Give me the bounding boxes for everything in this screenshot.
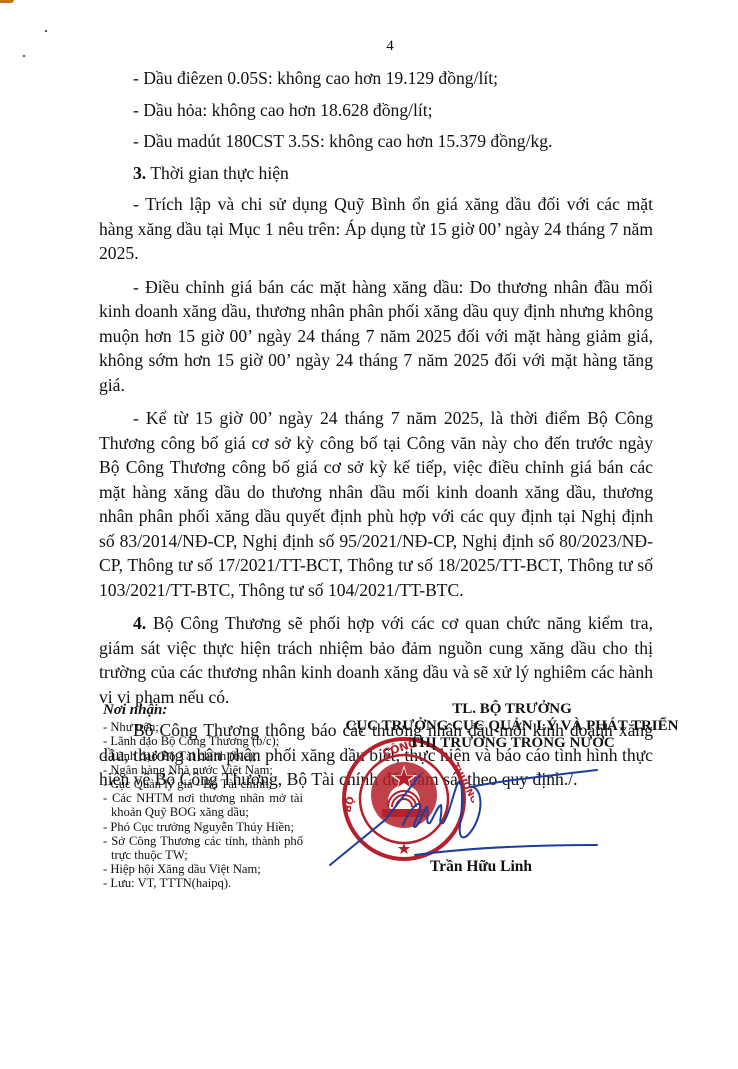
recipient-item: - Ngân hàng Nhà nước Việt Nam; (103, 763, 303, 777)
section-4-paragraph: 4. Bộ Công Thương sẽ phối hợp với các cơ… (99, 611, 653, 709)
scan-speck (23, 55, 25, 57)
recipient-item: - Lãnh đạo Bộ Công Thương (b/c); (103, 734, 303, 748)
section-number: 3. (133, 163, 146, 183)
recipients-list: Nơi nhận: - Như trên; - Lãnh đạo Bộ Công… (103, 703, 303, 891)
price-item: - Dầu hỏa: không cao hơn 18.628 đồng/lít… (133, 98, 653, 123)
paragraph: - Trích lập và chi sử dụng Quỹ Bình ổn g… (99, 192, 653, 266)
paragraph: - Điều chỉnh giá bán các mặt hàng xăng d… (99, 275, 653, 398)
section-number: 4. (133, 613, 146, 633)
scan-speck (45, 30, 47, 32)
section-title: Thời gian thực hiện (146, 163, 289, 183)
handwritten-signature-icon (325, 765, 610, 870)
signature-title-line: CỤC TRƯỞNG CỤC QUẢN LÝ VÀ PHÁT TRIỂN (312, 718, 712, 735)
price-item: - Dầu madút 180CST 3.5S: không cao hơn 1… (133, 129, 653, 154)
section-3-heading: 3. Thời gian thực hiện (133, 161, 653, 186)
recipient-item: - Như trên; (103, 720, 303, 734)
scan-edge-mark (0, 0, 14, 3)
recipients-title: Nơi nhận: (103, 703, 303, 717)
section-text: Bộ Công Thương sẽ phối hợp với các cơ qu… (99, 613, 653, 707)
price-item: - Dầu điêzen 0.05S: không cao hơn 19.129… (133, 66, 653, 91)
signature-block: TL. BỘ TRƯỞNG CỤC TRƯỞNG CỤC QUẢN LÝ VÀ … (312, 701, 712, 752)
recipient-item: - Sở Công Thương các tỉnh, thành phố trự… (103, 834, 303, 862)
signature-title-line: TL. BỘ TRƯỞNG (312, 701, 712, 718)
recipient-item: - Lãnh đạo Bộ Tài chính (b/c); (103, 749, 303, 763)
recipient-item: - Hiệp hội Xăng dầu Việt Nam; (103, 862, 303, 876)
recipient-item: - Cục Quản lý giá - Bộ Tài chính; (103, 777, 303, 791)
recipient-item: - Lưu: VT, TTTN(haipq). (103, 876, 303, 890)
signer-name: Trần Hữu Linh (430, 858, 532, 876)
paragraph: - Kể từ 15 giờ 00’ ngày 24 tháng 7 năm 2… (99, 406, 653, 602)
document-body: - Dầu điêzen 0.05S: không cao hơn 19.129… (99, 66, 653, 801)
recipient-item: - Phó Cục trưởng Nguyễn Thúy Hiền; (103, 820, 303, 834)
recipient-item: - Các NHTM nơi thương nhân mở tài khoản … (103, 791, 303, 819)
signature-title-line: THỊ TRƯỜNG TRONG NƯỚC (312, 735, 712, 752)
page-number: 4 (0, 38, 738, 55)
